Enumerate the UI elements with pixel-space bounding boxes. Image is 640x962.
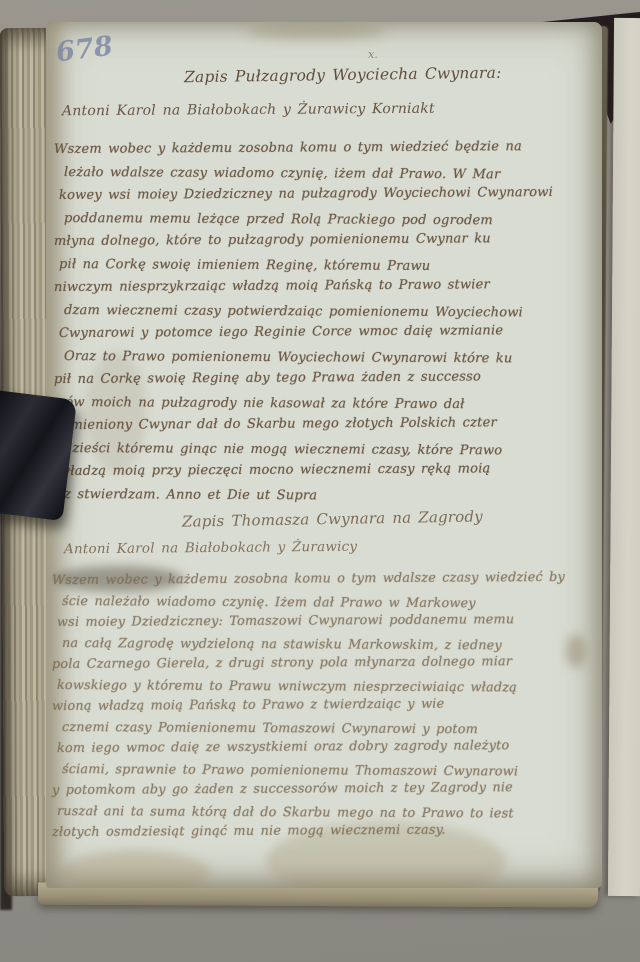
- manuscript-line: wsi moiey Dziedziczney: Tomaszowi Cwynar…: [57, 609, 565, 633]
- manuscript-line: wioną władzą moią Pańską to Prawo z twie…: [52, 693, 565, 717]
- entry-1-title: Zapis Pułzagrody Woyciecha Cwynara:: [184, 64, 502, 86]
- manuscript-line: Wszem wobec y każdemu zosobna komu o tym…: [54, 135, 553, 161]
- next-page-edge: [608, 18, 640, 896]
- stain: [566, 634, 586, 668]
- margin-mark: x.: [368, 48, 378, 61]
- manuscript-line: pił na Corkę swoię Reginę aby tego Prawa…: [54, 365, 553, 391]
- manuscript-page: 678 x. Zapis Pułzagrody Woyciecha Cwynar…: [46, 22, 602, 888]
- stain: [246, 24, 386, 40]
- manuscript-line: władzą moią przy pieczęci mocno wiecznem…: [59, 457, 553, 483]
- manuscript-line: kom iego wmoc daię ze wszystkiemi oraz d…: [57, 735, 565, 759]
- manuscript-line: y potomkom aby go żaden z successorów mo…: [52, 777, 565, 801]
- entry-2-body: Wszem wobec y każdemu zosobna komu o tym…: [52, 570, 565, 843]
- manuscript-line: Cwynarowi y potomce iego Reginie Corce w…: [59, 319, 553, 345]
- stain: [60, 850, 210, 888]
- manuscript-line: Pomieniony Cwynar dał do Skarbu mego zło…: [54, 411, 553, 437]
- manuscript-line: z stwierdzam. Anno et Die ut Supra: [64, 483, 553, 509]
- manuscript-line: Wszem wobec y każdemu zosobna komu o tym…: [52, 567, 565, 591]
- manuscript-line: złotych osmdziesiąt ginąć mu nie mogą wi…: [52, 819, 565, 843]
- photo-background: 678 x. Zapis Pułzagrody Woyciecha Cwynar…: [0, 0, 640, 962]
- manuscript-line: młyna dolnego, które to pułzagrody pomie…: [54, 227, 553, 253]
- entry-1-grantor: Antoni Karol na Białobokach y Żurawicy K…: [62, 101, 435, 120]
- entry-1-body: Wszem wobec y każdemu zosobna komu o tym…: [54, 138, 553, 506]
- entry-2-title: Zapis Thomasza Cwynara na Zagrody: [182, 507, 483, 530]
- entry-2-grantor: Antoni Karol na Białobokach y Żurawicy: [64, 539, 357, 558]
- manuscript-line: kowey wsi moiey Dziedziczney na pułzagro…: [59, 181, 553, 207]
- manuscript-line: pola Czarnego Gierela, z drugi strony po…: [52, 651, 565, 675]
- page-number: 678: [54, 31, 114, 69]
- manuscript-line: niwczym niesprzykrzaiąc władzą moią Pańs…: [54, 273, 553, 299]
